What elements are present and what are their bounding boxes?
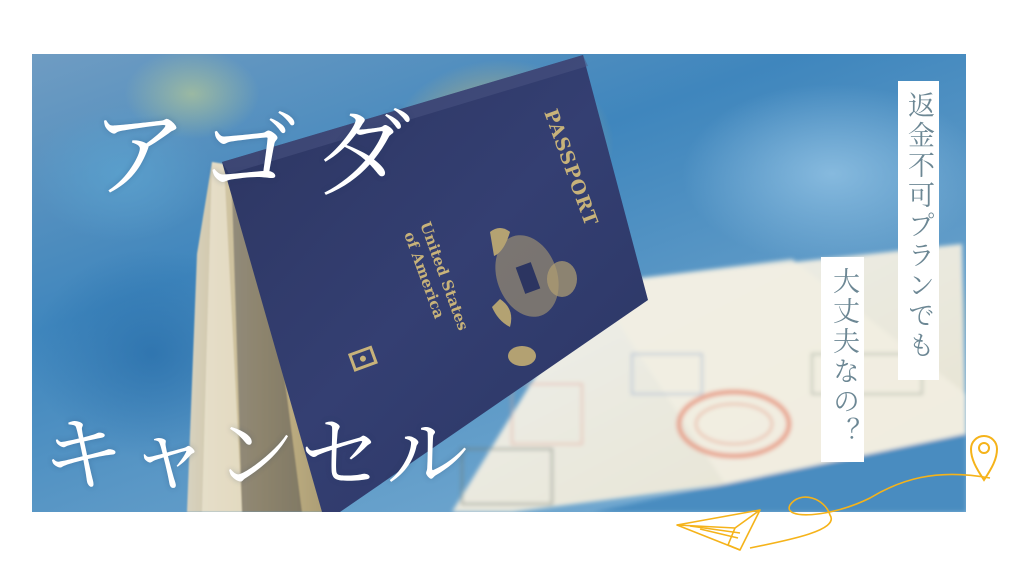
title-agoda: アゴダ	[90, 106, 427, 204]
callout-nonrefundable-plan: 返金不可プランでも	[898, 81, 939, 380]
location-pin-icon	[971, 436, 997, 480]
paper-plane-icon	[677, 510, 760, 550]
title-cancel: キャンセル	[42, 415, 472, 497]
callout-is-it-ok: 大丈夫なの？	[821, 257, 864, 462]
